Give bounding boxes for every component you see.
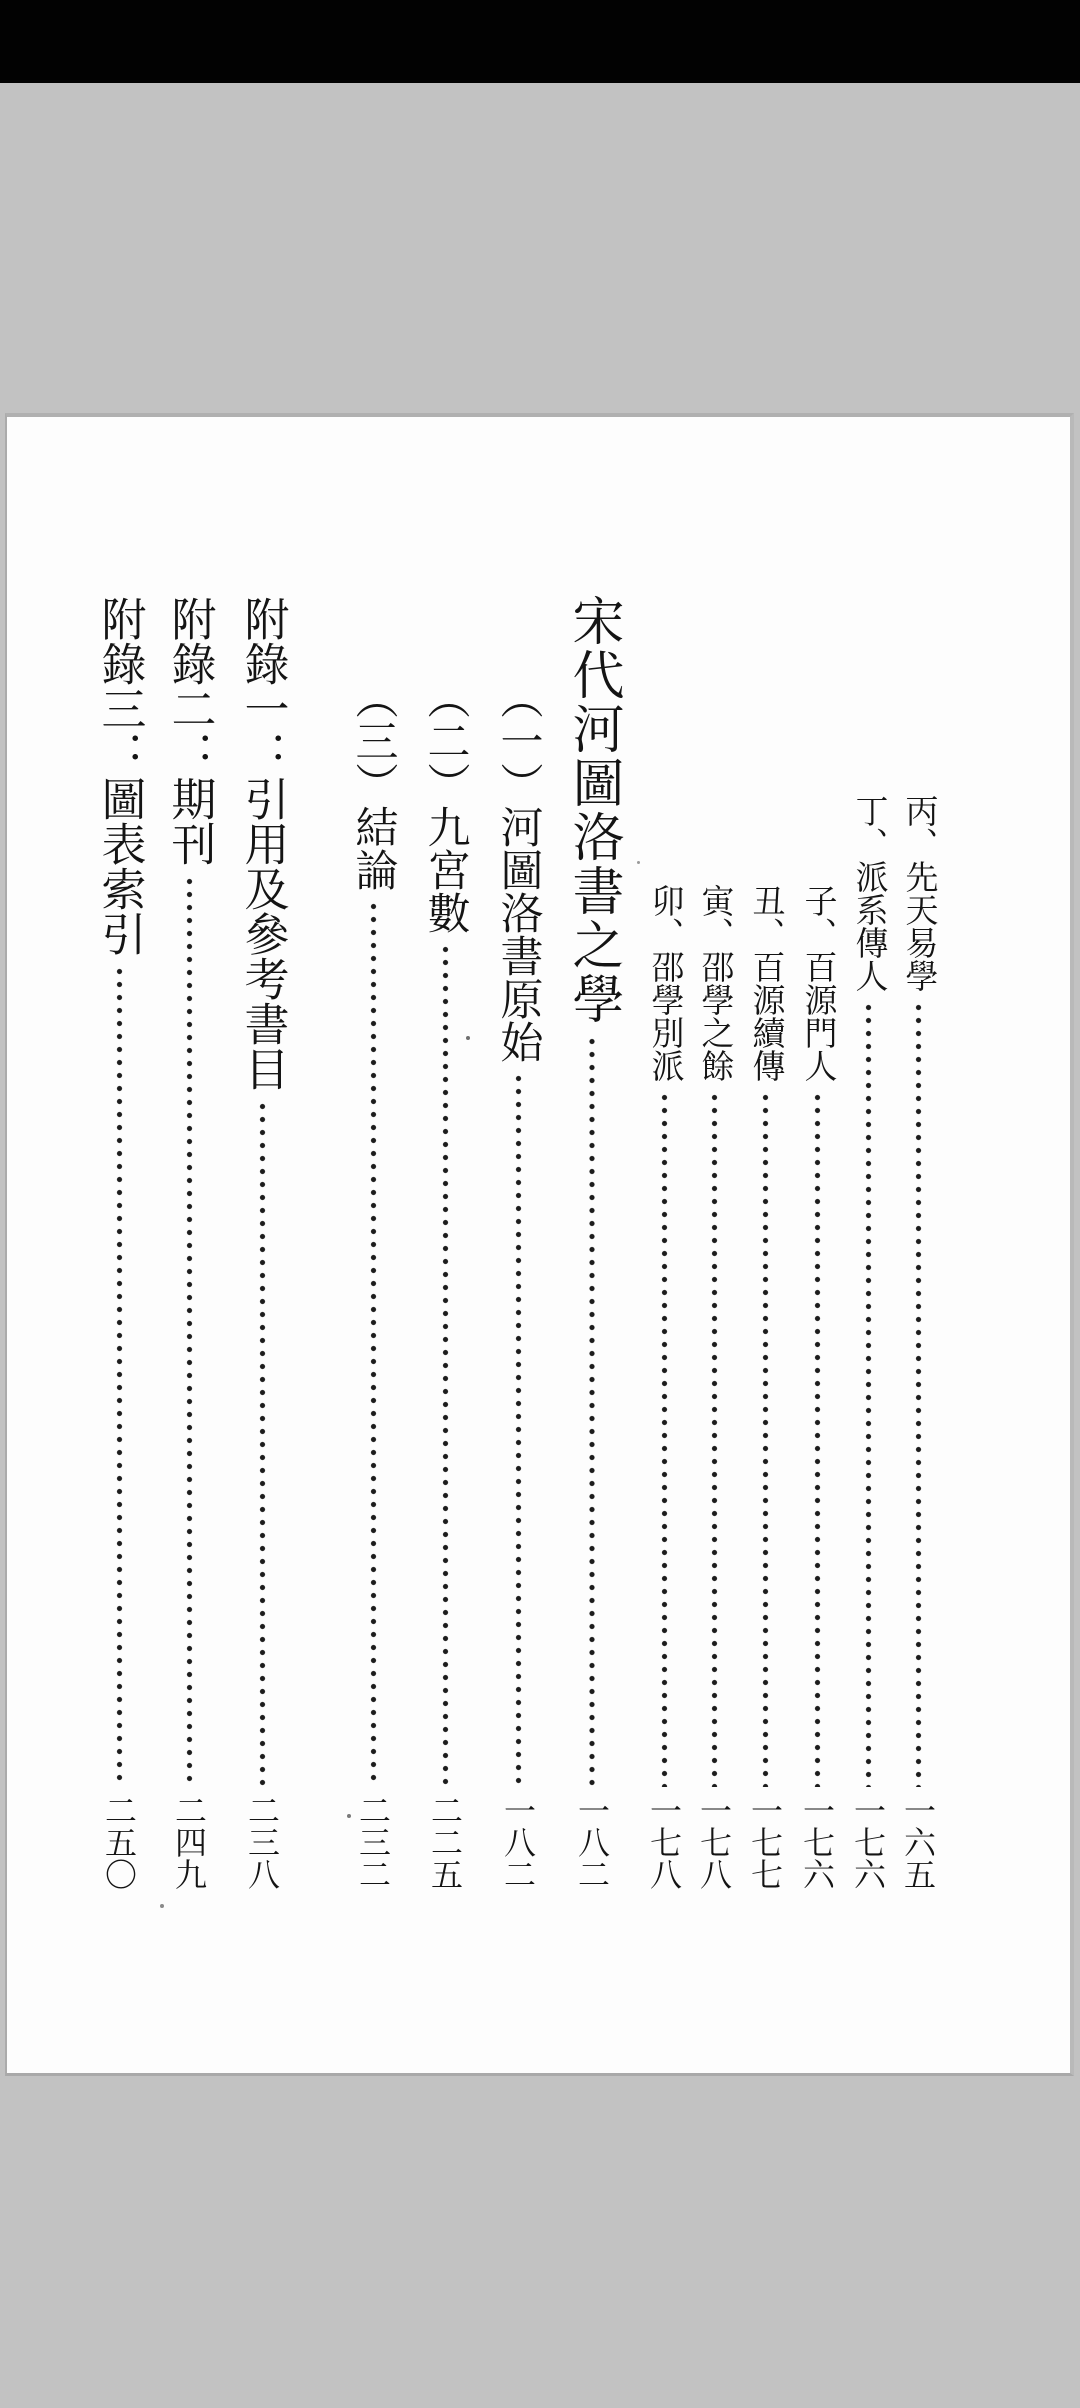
toc-entry-page-number: 一八二 [576,1794,608,1890]
toc-entry: 卯、邵學別派 一七八 [648,884,681,1890]
dot-leader [186,875,192,1787]
toc-entry: （一）河圖洛書原始 一八二 [497,676,540,1890]
scanned-page-view: 丙、先天易學 一六五 丁、派系傳人 一七六 子、百源門人 一七六 丑、百源續傳 … [0,0,1080,2408]
toc-entry-page-number: 一七八 [648,1794,680,1890]
dot-leader [865,1001,871,1787]
toc-entry-title: （三）結論 [352,676,395,891]
scanner-black-bar [0,0,1080,83]
toc-entry-title: 附錄二：期刊 [167,596,212,866]
toc-entry-page-number: 一八二 [502,1794,534,1890]
toc-entry-title: 丑、百源續傳 [749,884,782,1082]
toc-entry: 丁、派系傳人 一七六 [852,794,885,1890]
dot-leader [442,943,448,1787]
toc-entry: 丙、先天易學 一六五 [902,794,935,1890]
scan-speck [347,1814,351,1818]
toc-entry-page-number: 二三八 [246,1794,278,1890]
dot-leader [116,965,122,1787]
toc-entry-page-number: 一七七 [749,1794,781,1890]
book-page: 丙、先天易學 一六五 丁、派系傳人 一七六 子、百源門人 一七六 丑、百源續傳 … [5,413,1074,2076]
toc-entry: 寅、邵學之餘 一七八 [698,884,731,1890]
toc-entry-title: 丁、派系傳人 [852,794,885,992]
dot-leader [259,1100,265,1787]
dot-leader [915,1001,921,1787]
dot-leader [589,1035,595,1787]
toc-entry-title: （二）九宮數 [424,676,467,934]
toc-entry-title: （一）河圖洛書原始 [497,676,540,1063]
toc-entry-appendix: 附錄一：引用及參考書目 二三八 [240,596,285,1890]
toc-entry-title: 子、百源門人 [801,884,834,1082]
toc-entry-appendix: 附錄二：期刊 二四九 [167,596,212,1890]
toc-entry-page-number: 一六五 [902,1794,934,1890]
dot-leader [711,1091,717,1787]
toc-entry: （三）結論 二三二 [352,676,395,1890]
toc-entry-page-number: 二三二 [357,1794,389,1890]
toc-entry-title: 寅、邵學之餘 [698,884,731,1082]
dot-leader [661,1091,667,1787]
toc-entry: （二）九宮數 二二五 [424,676,467,1890]
toc-entry-title: 附錄三：圖表索引 [97,596,142,956]
toc-entry-page-number: 二五〇 [103,1794,135,1890]
toc-entry-title: 附錄一：引用及參考書目 [240,596,285,1091]
toc-entry: 丑、百源續傳 一七七 [749,884,782,1890]
toc-entry-appendix: 附錄三：圖表索引 二五〇 [97,596,142,1890]
toc-entry-title: 丙、先天易學 [902,794,935,992]
dot-leader [370,900,376,1787]
toc-entry-chapter-heading: 宋代河圖洛書之學 一八二 [566,594,618,1890]
scan-speck [160,1904,164,1908]
dot-leader [515,1072,521,1787]
dot-leader [762,1091,768,1787]
toc-entry-page-number: 一七六 [852,1794,884,1890]
scan-speck [466,1036,470,1040]
toc-entry-page-number: 二四九 [173,1794,205,1890]
toc-entry-title: 卯、邵學別派 [648,884,681,1082]
toc-entry-page-number: 一七六 [801,1794,833,1890]
toc-entry: 子、百源門人 一七六 [801,884,834,1890]
toc-entry-title: 宋代河圖洛書之學 [566,594,618,1026]
toc-entry-page-number: 一七八 [698,1794,730,1890]
toc-entry-page-number: 二二五 [429,1794,461,1890]
dot-leader [814,1091,820,1787]
scan-speck [637,861,640,864]
